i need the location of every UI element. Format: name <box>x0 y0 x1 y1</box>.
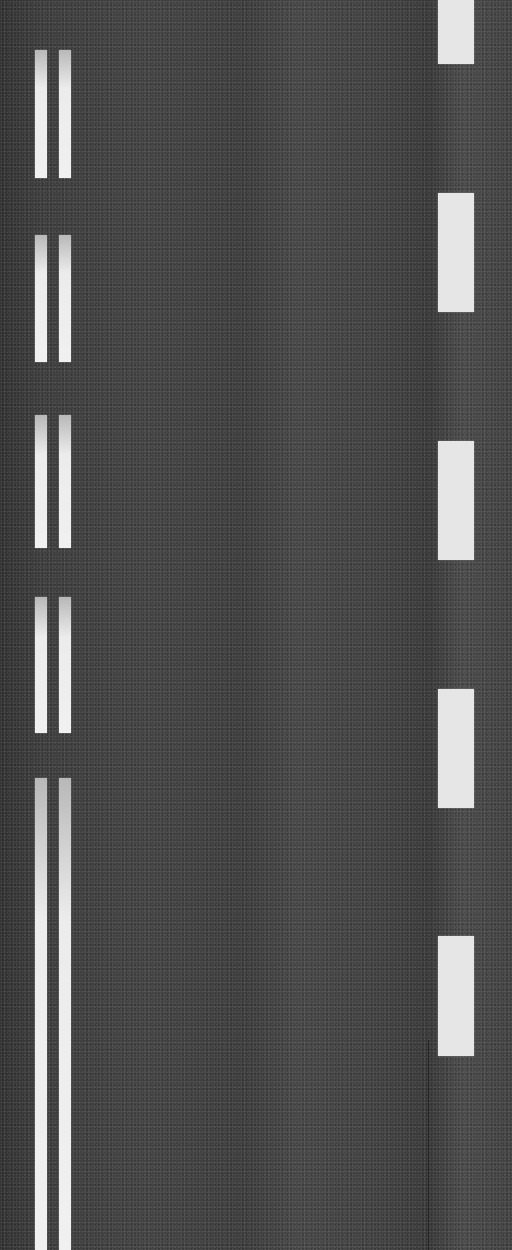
edge-dash <box>438 0 474 64</box>
centre-line-segment <box>35 415 47 548</box>
edge-dash <box>438 689 474 808</box>
road-surface <box>0 0 512 1250</box>
centre-line-segment <box>59 597 71 733</box>
centre-line-segment <box>35 778 47 1250</box>
centre-line-segment <box>59 415 71 548</box>
pavement-crack <box>428 1040 429 1250</box>
centre-line-segment <box>59 235 71 362</box>
edge-dash <box>438 441 474 560</box>
centre-line-segment <box>35 597 47 733</box>
edge-dash <box>438 936 474 1056</box>
centre-line-segment <box>59 50 71 178</box>
centre-line-segment <box>35 235 47 362</box>
centre-line-segment <box>59 778 71 1250</box>
edge-dash <box>438 193 474 312</box>
centre-line-segment <box>35 50 47 178</box>
asphalt-texture <box>0 0 512 1250</box>
